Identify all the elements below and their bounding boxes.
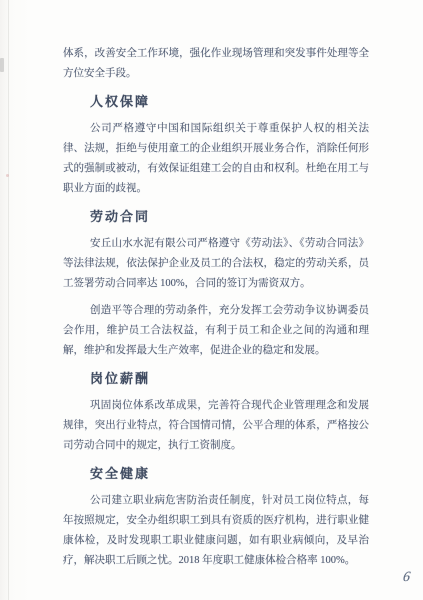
- heading-safety-health: 安全健康: [63, 464, 369, 484]
- scan-speck: [6, 174, 9, 177]
- heading-human-rights: 人权保障: [63, 92, 369, 112]
- heading-labor-contract: 劳动合同: [63, 207, 369, 227]
- page-number: 6: [402, 570, 411, 586]
- document-body: 体系，改善安全工作环境，强化作业现场管理和突发事件处理等全方位安全手段。 人权保…: [63, 44, 369, 571]
- heading-position-salary: 岗位薪酬: [63, 369, 369, 389]
- labor-contract-paragraph-1: 安丘山水水泥有限公司严格遵守《劳动法》、《劳动合同法》等法律法规，依法保护企业及…: [63, 234, 369, 294]
- safety-health-paragraph: 公司建立职业病危害防治责任制度，针对员工岗位特点，每年按照规定，安全办组织职工到…: [63, 491, 369, 571]
- labor-contract-paragraph-2: 创造平等合理的劳动条件，充分发挥工会劳动争议协调委员会作用，维护员工合法权益，有…: [63, 301, 369, 361]
- scan-edge-artifact: [8, 0, 9, 600]
- position-salary-paragraph: 巩固岗位体系改革成果，完善符合现代企业管理理念和发展规律，突出行业特点，符合国情…: [63, 396, 369, 456]
- human-rights-paragraph: 公司严格遵守中国和国际组织关于尊重保护人权的相关法律、法规，拒绝与使用童工的企业…: [63, 119, 369, 199]
- document-page: 体系，改善安全工作环境，强化作业现场管理和突发事件处理等全方位安全手段。 人权保…: [0, 0, 423, 600]
- scan-corner-mark: [0, 58, 4, 72]
- intro-continuation-paragraph: 体系，改善安全工作环境，强化作业现场管理和突发事件处理等全方位安全手段。: [63, 44, 369, 84]
